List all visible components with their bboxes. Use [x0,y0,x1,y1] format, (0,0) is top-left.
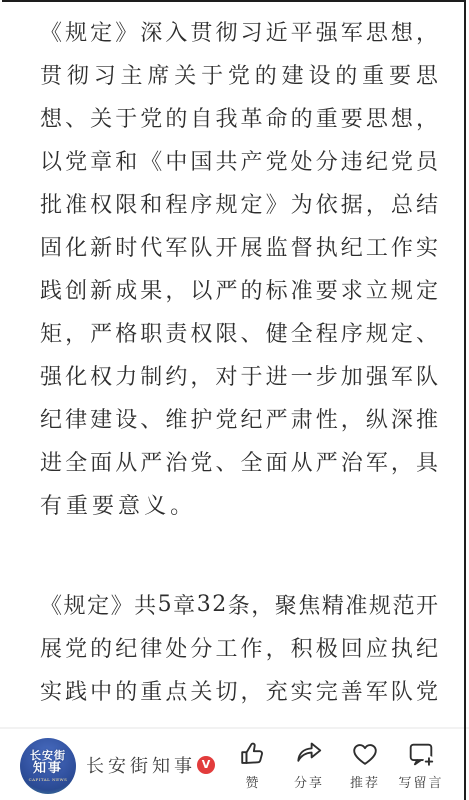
paragraph-2: 《规定》共5章32条，聚焦精准规范开 展党的纪律处分工作，积极回应执纪 实践中的… [40,583,438,712]
article-line: 纪律建设、维护党纪严肃性，纵深推 [40,397,438,440]
article-line: 想、关于党的自我革命的重要思想， [40,96,438,139]
article-line: 践创新成果，以严的标准要求立规定 [40,268,438,311]
recommend-label: 推荐 [350,772,380,791]
article-line: 贯彻习主席关于党的建设的重要思 [40,53,438,96]
write-comment-button[interactable]: 写留言 [393,739,449,791]
like-label: 赞 [245,772,260,791]
thumbs-up-icon [238,739,268,769]
verified-badge-icon: V [197,756,215,774]
page-edge-right [464,0,466,800]
avatar-text-line3: CAPITAL NEWS [29,778,68,782]
avatar-text-line2: 知事 [33,762,63,776]
share-icon [294,739,324,769]
article-line: 固化新时代军队开展监督执纪工作实 [40,225,438,268]
article-line: 强化权力制约，对于进一步加强军队 [40,354,438,397]
footer-bar: 长安街 知事 CAPITAL NEWS 长安街知事 V 赞 分享 [0,727,469,800]
write-comment-label: 写留言 [398,772,443,791]
like-button[interactable]: 赞 [225,739,281,791]
article-line: 矩，严格职责权限、健全程序规定、 [40,311,438,354]
article-line: 《规定》共5章32条，聚焦精准规范开 [40,583,438,626]
heart-icon [350,739,380,769]
article-body: 《规定》深入贯彻习近平强军思想， 贯彻习主席关于党的建设的重要思 想、关于党的自… [0,0,469,712]
comment-plus-icon [406,739,436,769]
article-page: { "article": { "paragraphs": [ { "lines"… [0,0,469,800]
share-label: 分享 [294,772,324,791]
article-line: 以党章和《中国共产党处分违纪党员 [40,139,438,182]
action-bar: 赞 分享 推荐 [225,739,469,791]
account-avatar[interactable]: 长安街 知事 CAPITAL NEWS [20,738,76,794]
article-line: 进全面从严治党、全面从严治军，具 [40,440,438,483]
article-line: 有重要意义。 [40,483,438,526]
account-name[interactable]: 长安街知事 [86,752,196,778]
paragraph-1: 《规定》深入贯彻习近平强军思想， 贯彻习主席关于党的建设的重要思 想、关于党的自… [40,10,438,526]
article-line: 展党的纪律处分工作，积极回应执纪 [40,626,438,669]
account-info[interactable]: 长安街 知事 CAPITAL NEWS 长安街知事 V [0,735,215,794]
recommend-button[interactable]: 推荐 [337,739,393,791]
article-line: 实践中的重点关切，充实完善军队党 [40,669,438,712]
page-edge-top [2,0,466,2]
avatar-text-line1: 长安街 [30,750,66,762]
article-line: 批准权限和程序规定》为依据，总结 [40,182,438,225]
share-button[interactable]: 分享 [281,739,337,791]
article-line: 《规定》深入贯彻习近平强军思想， [40,10,438,53]
